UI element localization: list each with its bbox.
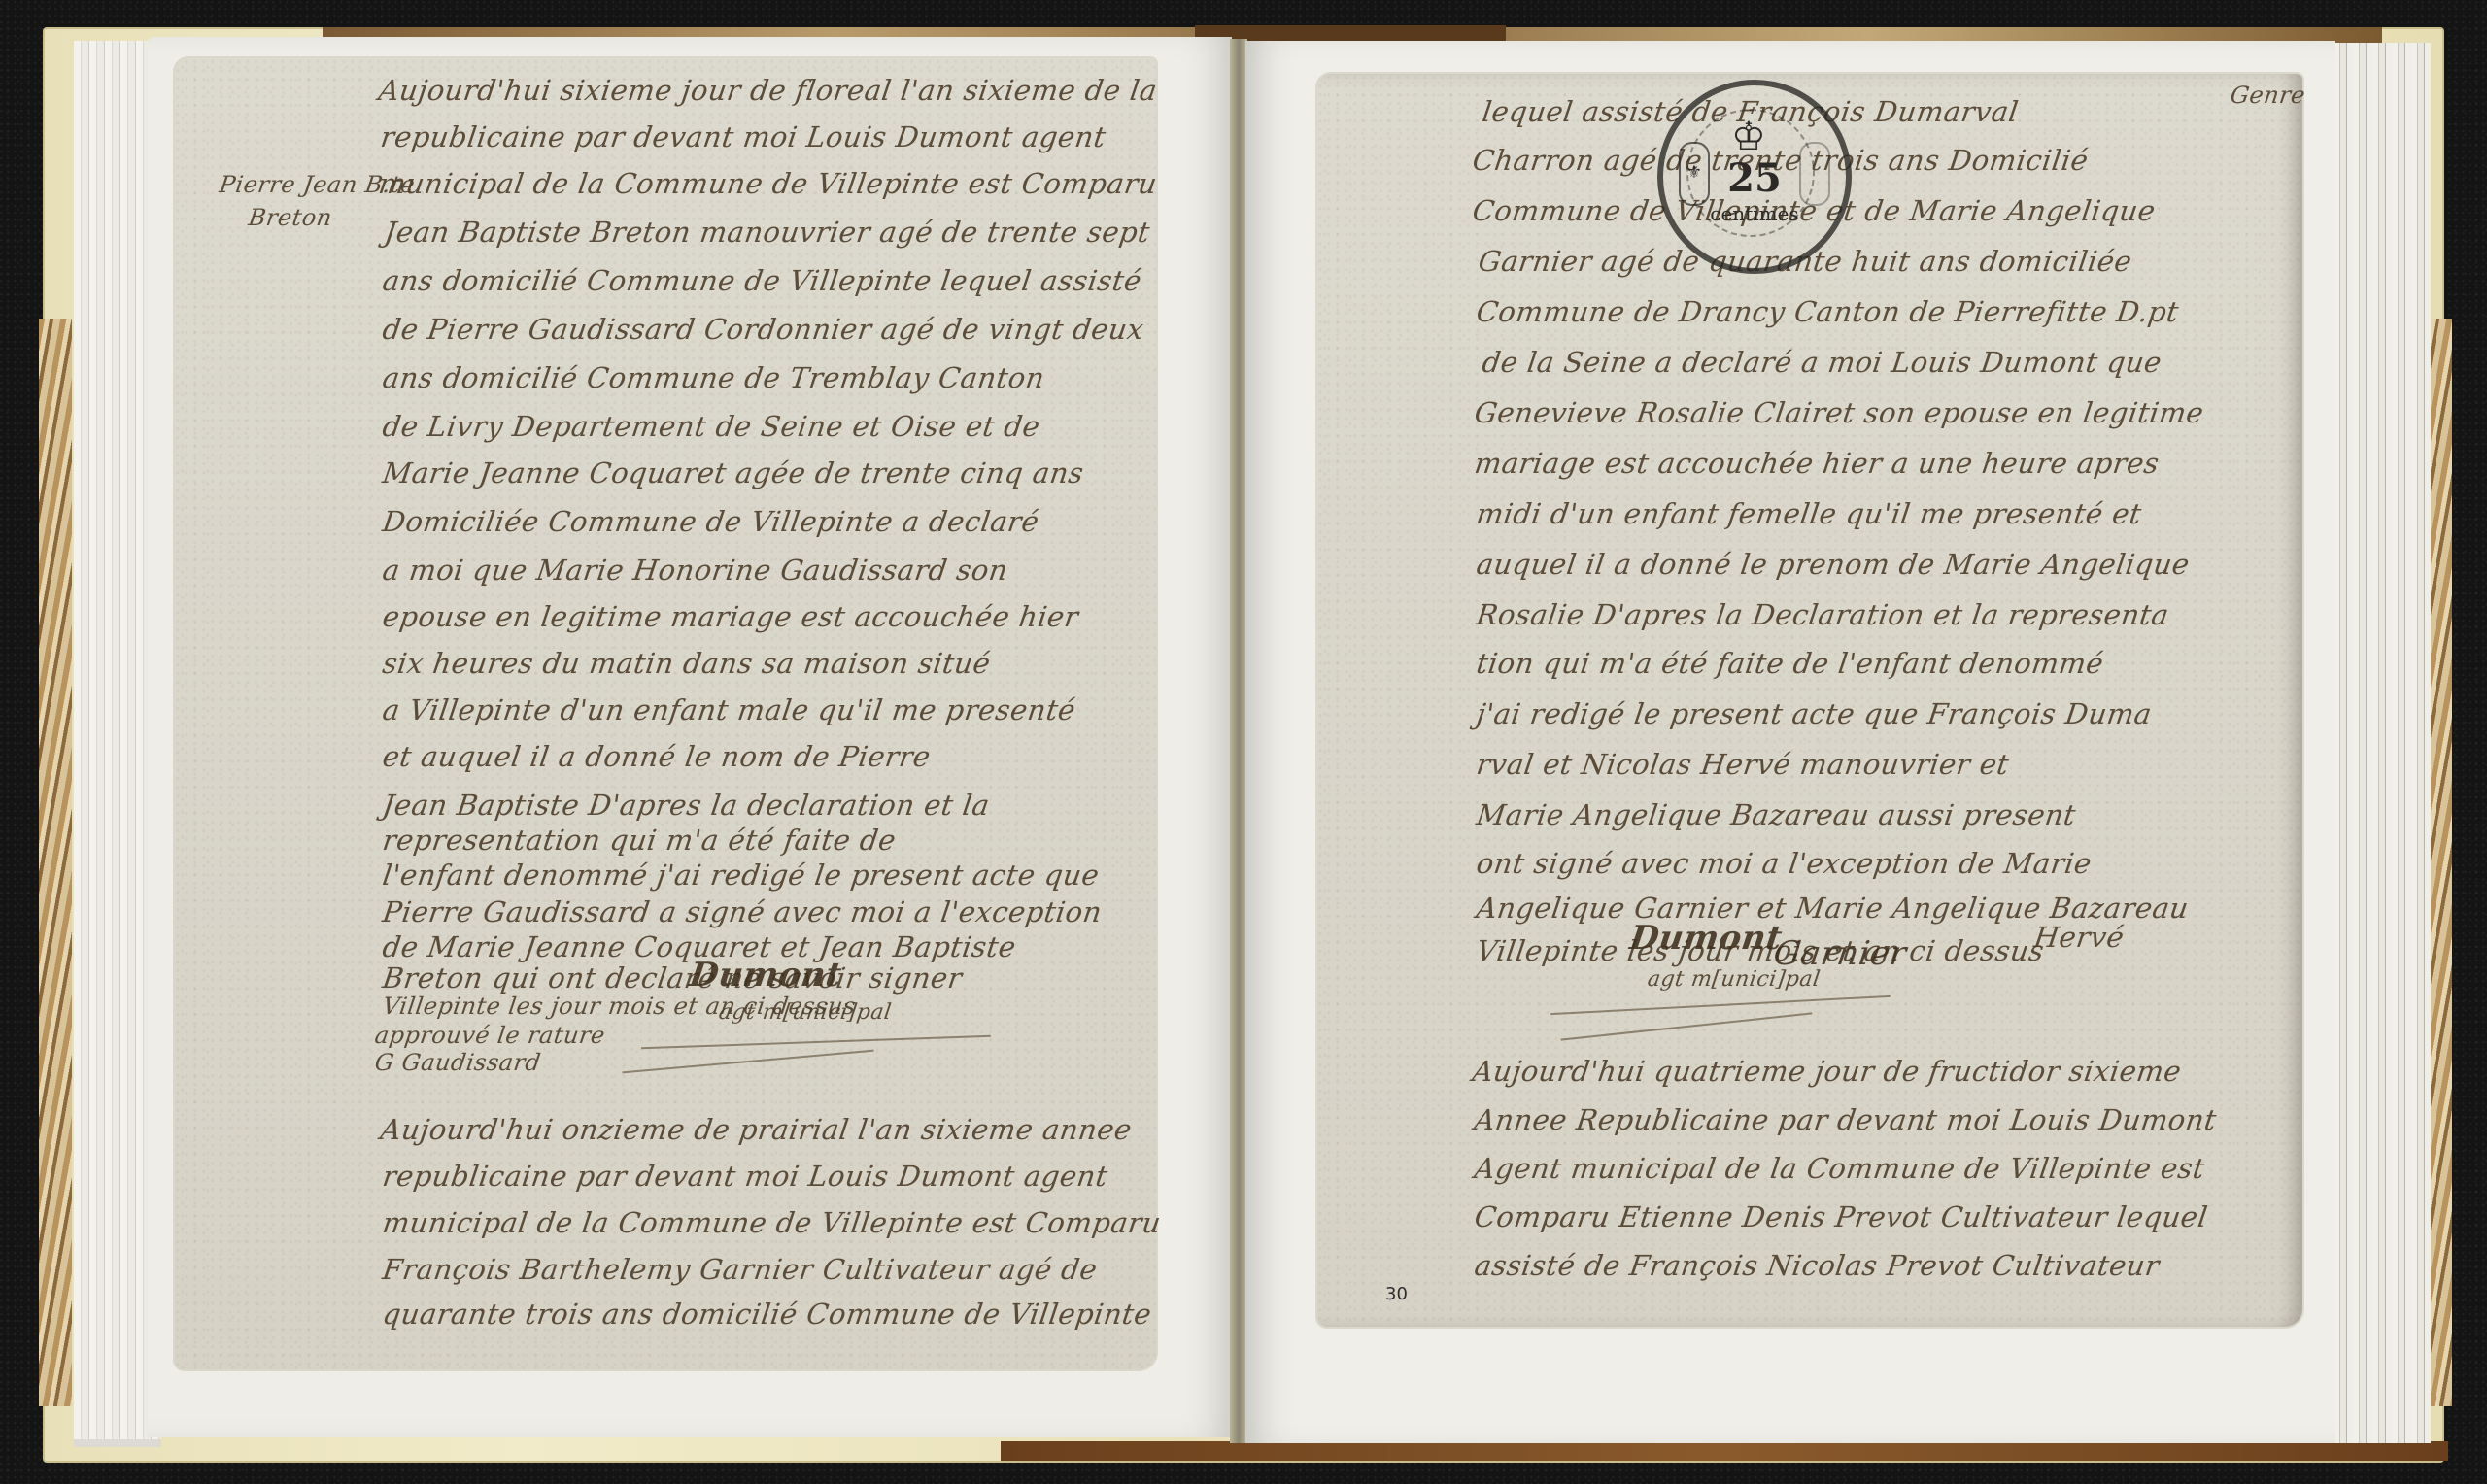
text-line: ont signé avec moi a l'exception de Mari… bbox=[1475, 847, 2095, 880]
stamp-value: 25 bbox=[1663, 155, 1846, 201]
text-line: Annee Republicaine par devant moi Louis … bbox=[1473, 1103, 2219, 1136]
text-line: et auquel il a donné le nom de Pierre bbox=[381, 740, 934, 773]
text-line: quarante trois ans domicilié Commune de … bbox=[381, 1298, 1154, 1331]
text-line: Aujourd'hui onzieme de prairial l'an six… bbox=[379, 1113, 1135, 1146]
folio-number: 30 bbox=[1385, 1284, 1408, 1304]
text-line: auquel il a donné le prenom de Marie Ang… bbox=[1475, 548, 2193, 581]
text-line: Domiciliée Commune de Villepinte a decla… bbox=[381, 505, 1041, 538]
text-line: representation qui m'a été faite de bbox=[381, 824, 899, 857]
signature-title: agt m[unici]pal bbox=[1646, 967, 1822, 992]
spine-tail bbox=[1001, 1441, 2448, 1461]
signature-flourish bbox=[1561, 1012, 1813, 1040]
tax-stamp: ♔ ⚜ 25 centimes bbox=[1657, 80, 1852, 274]
text-line: Aujourd'hui quatrieme jour de fructidor … bbox=[1471, 1055, 2184, 1088]
text-line: Marie Angelique Bazareau aussi present bbox=[1475, 798, 2078, 831]
text-line: l'enfant denommé j'ai redigé le present … bbox=[381, 859, 1102, 892]
text-line: mariage est accouchée hier a une heure a… bbox=[1473, 447, 2162, 480]
signature-herve: Hervé bbox=[2032, 921, 2127, 954]
text-line: de la Seine a declaré a moi Louis Dumont… bbox=[1481, 346, 2164, 379]
manuscript-sheet-right: Genre lequel assisté de François Dumarva… bbox=[1317, 74, 2302, 1327]
text-line: Breton qui ont declaré ne savoir signer bbox=[381, 961, 965, 995]
text-line: de Livry Departement de Seine et Oise et… bbox=[381, 410, 1042, 443]
margin-note: Genre bbox=[2229, 82, 2307, 109]
text-line: Marie Jeanne Coquaret agée de trente cin… bbox=[381, 456, 1086, 489]
text-line: François Barthelemy Garnier Cultivateur … bbox=[381, 1253, 1100, 1286]
text-line: a Villepinte d'un enfant male qu'il me p… bbox=[381, 693, 1078, 726]
text-line: municipal de la Commune de Villepinte es… bbox=[377, 167, 1160, 200]
stamp-unit: centimes bbox=[1663, 202, 1846, 225]
signature-dumont: Dumont bbox=[1627, 919, 1785, 958]
manuscript-sheet-left: Pierre Jean B.te Breton Aujourd'hui sixi… bbox=[175, 58, 1156, 1369]
text-line: midi d'un enfant femelle qu'il me presen… bbox=[1475, 497, 2144, 530]
text-line: ans domicilié Commune de Tremblay Canton bbox=[381, 361, 1047, 394]
text-line: Agent municipal de la Commune de Villepi… bbox=[1473, 1152, 2207, 1185]
text-line: j'ai redigé le present acte que François… bbox=[1475, 697, 2155, 730]
margin-note-line: Breton bbox=[247, 204, 334, 231]
text-line: republicaine par devant moi Louis Dumont… bbox=[381, 1160, 1110, 1193]
text-line: assisté de François Nicolas Prevot Culti… bbox=[1473, 1249, 2162, 1282]
text-line: six heures du matin dans sa maison situé bbox=[381, 647, 993, 680]
crown-emblem-icon: ♔ bbox=[1731, 115, 1766, 159]
text-line: Commune de Drancy Canton de Pierrefitte … bbox=[1475, 295, 2181, 328]
marbled-corner-left bbox=[39, 319, 72, 1406]
text-line: de Pierre Gaudissard Cordonnier agé de v… bbox=[381, 313, 1146, 346]
text-line: epouse en legitime mariage est accouchée… bbox=[381, 600, 1081, 633]
page-stack-right bbox=[2334, 43, 2431, 1443]
text-line: ans domicilié Commune de Villepinte lequ… bbox=[381, 264, 1144, 297]
signature-flourish bbox=[641, 1035, 991, 1050]
text-line: Genevieve Rosalie Clairet son epouse en … bbox=[1473, 396, 2206, 429]
text-line: Aujourd'hui sixieme jour de floreal l'an… bbox=[377, 74, 1160, 107]
text-line: tion qui m'a été faite de l'enfant denom… bbox=[1475, 647, 2106, 680]
text-line: rval et Nicolas Hervé manouvrier et bbox=[1475, 748, 2012, 781]
text-line: municipal de la Commune de Villepinte es… bbox=[381, 1206, 1164, 1239]
signature-flourish bbox=[622, 1050, 873, 1074]
text-line: Jean Baptiste Breton manouvrier agé de t… bbox=[383, 216, 1152, 249]
text-line: republicaine par devant moi Louis Dumont… bbox=[379, 120, 1108, 153]
text-line: a moi que Marie Honorine Gaudissard son bbox=[381, 554, 1010, 587]
signature-flourish bbox=[1550, 995, 1891, 1015]
text-line: Pierre Gaudissard a signé avec moi a l'e… bbox=[381, 895, 1105, 928]
text-line: Jean Baptiste D'apres la declaration et … bbox=[381, 789, 992, 822]
text-line: Angelique Garnier et Marie Angelique Baz… bbox=[1475, 892, 2192, 925]
text-line: G Gaudissard bbox=[373, 1049, 542, 1076]
text-line: Comparu Etienne Denis Prevot Cultivateur… bbox=[1473, 1200, 2210, 1233]
text-line: approuvé le rature bbox=[373, 1022, 607, 1049]
signature-title: agt m[unici]pal bbox=[717, 1000, 893, 1025]
text-line: Rosalie D'apres la Declaration et la rep… bbox=[1475, 598, 2171, 631]
signature-dumont: Dumont bbox=[687, 956, 844, 995]
